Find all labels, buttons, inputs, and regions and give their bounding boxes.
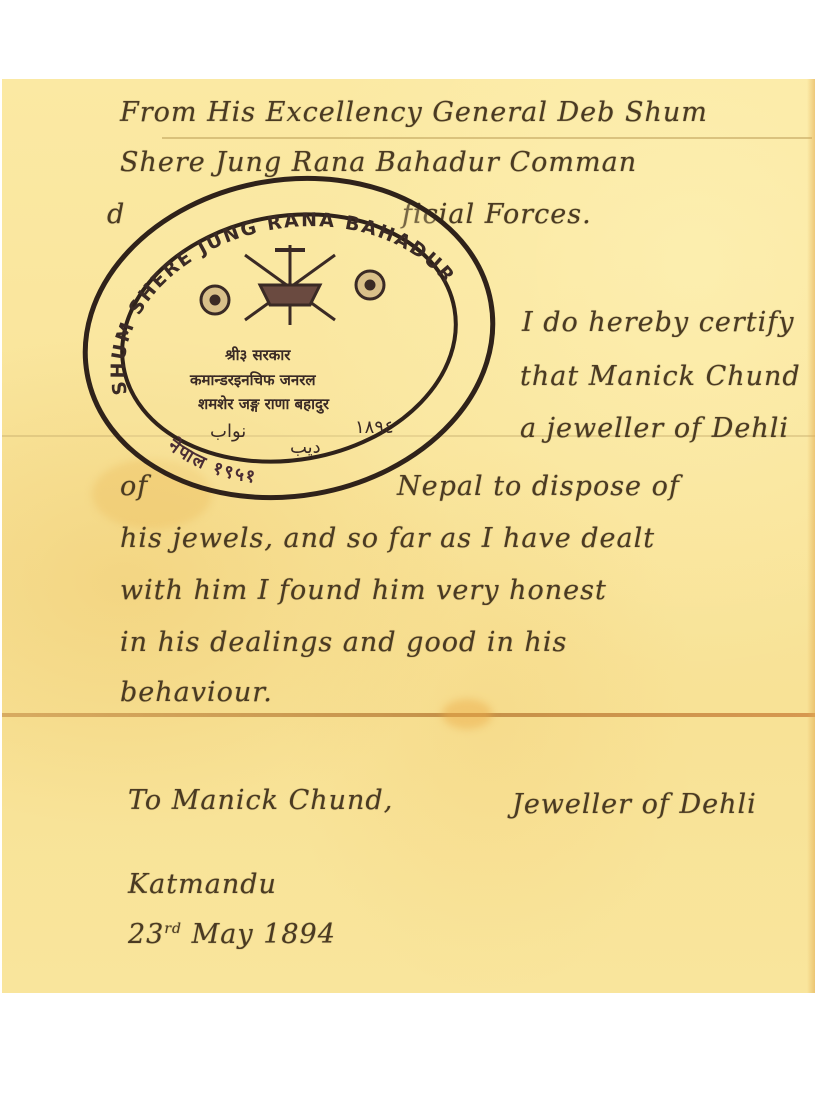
letter-line-11: behaviour. (120, 677, 273, 708)
recipient-name: To Manick Chund, (128, 785, 393, 816)
letter-line-6: a jeweller of Dehli (520, 413, 789, 444)
ruled-line (162, 137, 812, 139)
letter-date: 23rd May 1894 (128, 919, 336, 950)
svg-text:कमान्डरइनचिफ जनरल: कमान्डरइनचिफ जनरल (189, 371, 316, 389)
svg-text:शमशेर जङ्ग राणा बहादुर: शमशेर जङ्ग राणा बहादुर (198, 395, 330, 414)
recipient-title: Jeweller of Dehli (512, 789, 757, 820)
letter-line-10: in his dealings and good in his (120, 627, 567, 658)
letter-line-4: I do hereby certify (522, 307, 794, 338)
place-name: Katmandu (128, 869, 277, 900)
svg-text:श्री३ सरकार: श्री३ सरकार (224, 346, 291, 364)
paper-stain (442, 699, 492, 729)
letter-line-9: with him I found him very honest (120, 575, 607, 606)
letter-line-1: From His Excellency General Deb Shum (120, 97, 708, 128)
letter-line-8: his jewels, and so far as I have dealt (120, 523, 655, 554)
svg-text:١٨٩٤: ١٨٩٤ (355, 417, 394, 438)
letter-paper: From His Excellency General Deb Shum She… (2, 79, 815, 993)
letter-line-2: Shere Jung Rana Bahadur Comman (120, 147, 637, 178)
svg-text:نواب: نواب (210, 421, 246, 442)
letter-line-5: that Manick Chund (520, 361, 801, 392)
official-seal: SHUM SHERE JUNG RANA BAHADUR COMMANDER I… (80, 175, 498, 501)
svg-text:دیب: دیب (290, 437, 321, 458)
fold-line (2, 713, 815, 717)
